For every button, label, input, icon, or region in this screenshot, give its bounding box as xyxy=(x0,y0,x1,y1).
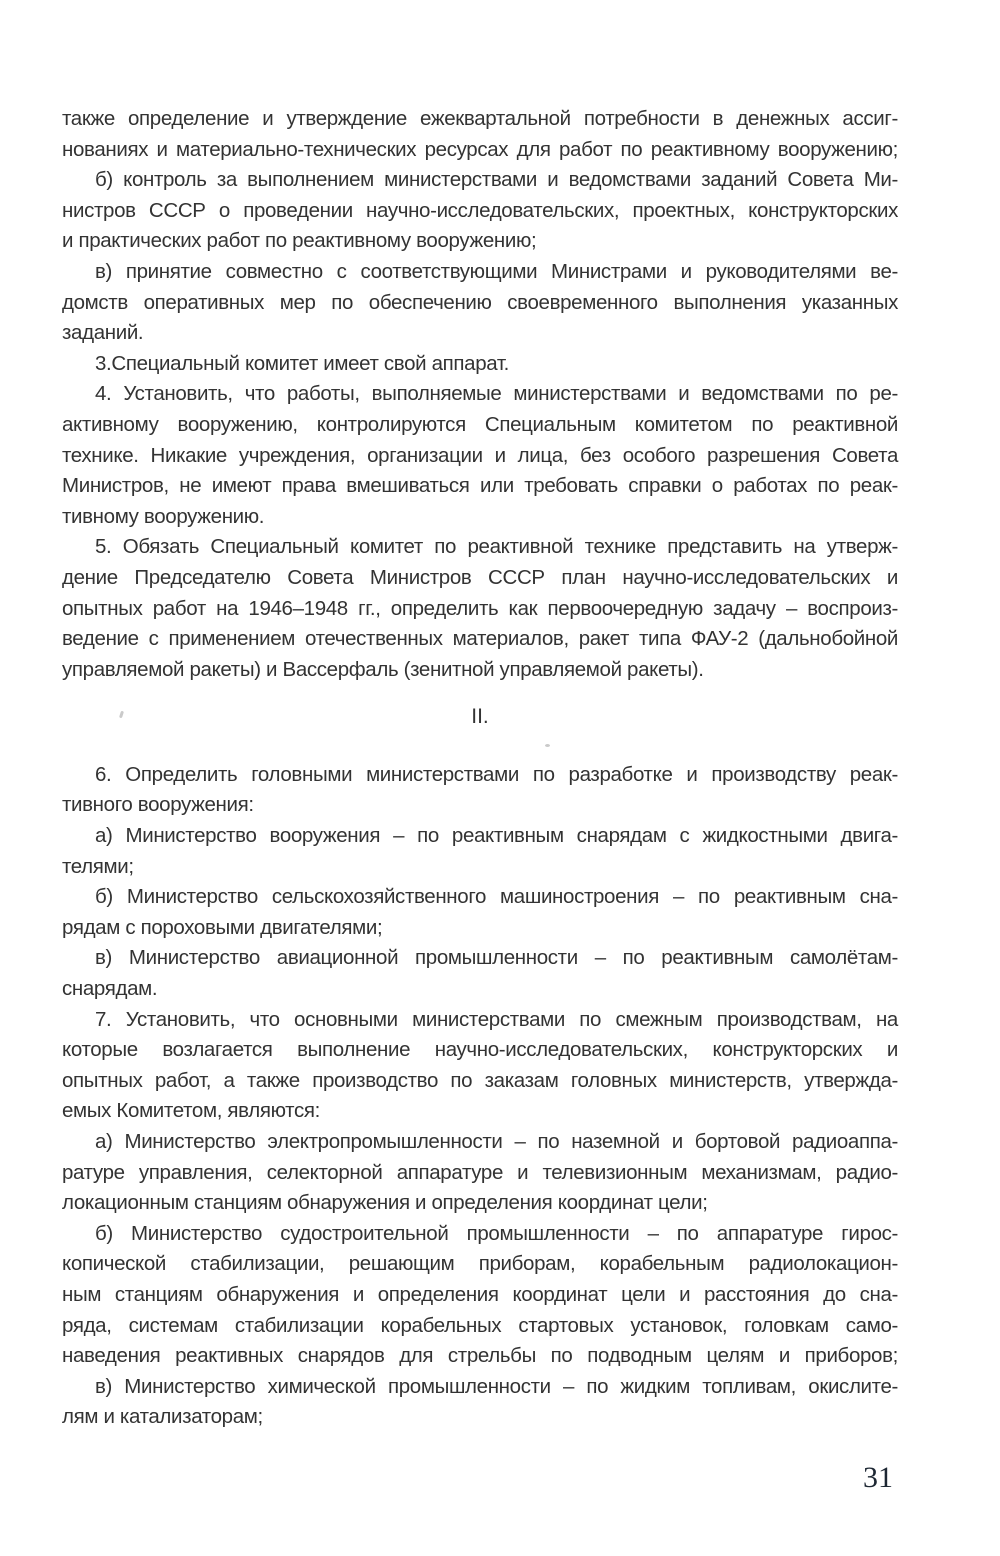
text-line: 3.Специальный комитет имеет свой аппарат… xyxy=(62,349,898,380)
text-line: лям и катализаторам; xyxy=(62,1402,898,1433)
text-line: домств оперативных мер по обеспечению св… xyxy=(62,288,898,319)
text-line: телями; xyxy=(62,852,898,883)
text-line: локационным станциям обнаружения и опред… xyxy=(62,1188,898,1219)
text-line: б) контроль за выполнением министерствам… xyxy=(62,165,898,196)
page-number: 31 xyxy=(863,1461,893,1495)
text-line: ратуре управления, селекторной аппаратур… xyxy=(62,1158,898,1189)
text-line: ведение с применением отечественных мате… xyxy=(62,624,898,655)
text-line: рядам с пороховыми двигателями; xyxy=(62,913,898,944)
section-heading: II. xyxy=(62,702,898,733)
text-line: нованиях и материально-технических ресур… xyxy=(62,135,898,166)
text-line: а) Министерство электропромышленности – … xyxy=(62,1127,898,1158)
text-line: 4. Установить, что работы, выполняемые м… xyxy=(62,379,898,410)
text-line: а) Министерство вооружения – по реактивн… xyxy=(62,821,898,852)
text-line: 6. Определить головными министерствами п… xyxy=(62,760,898,791)
text-line: которые возлагается выполнение научно-ис… xyxy=(62,1035,898,1066)
text-line: 7. Установить, что основными министерств… xyxy=(62,1005,898,1036)
text-line: Министров, не имеют права вмешиваться ил… xyxy=(62,471,898,502)
document-page: также определение и утверждение ежекварт… xyxy=(0,0,1000,1556)
text-block: также определение и утверждение ежекварт… xyxy=(62,104,898,1433)
text-line: и практических работ по реактивному воор… xyxy=(62,226,898,257)
text-line: тивному вооружению. xyxy=(62,502,898,533)
text-line: наведения реактивных снарядов для стрель… xyxy=(62,1341,898,1372)
text-line: тивного вооружения: xyxy=(62,790,898,821)
text-line: дение Председателю Совета Министров СССР… xyxy=(62,563,898,594)
text-line: активному вооружению, контролируются Спе… xyxy=(62,410,898,441)
text-line: опытных работ на 1946–1948 гг., определи… xyxy=(62,594,898,625)
text-line: копической стабилизации, решающим прибор… xyxy=(62,1249,898,1280)
scan-speck xyxy=(545,744,550,747)
text-line: б) Министерство судостроительной промышл… xyxy=(62,1219,898,1250)
text-line: ным станциям обнаружения и определения к… xyxy=(62,1280,898,1311)
text-line: заданий. xyxy=(62,318,898,349)
text-line: технике. Никакие учреждения, организации… xyxy=(62,441,898,472)
text-line: нистров СССР о проведении научно-исследо… xyxy=(62,196,898,227)
text-line: 5. Обязать Специальный комитет по реакти… xyxy=(62,532,898,563)
text-line: также определение и утверждение ежекварт… xyxy=(62,104,898,135)
text-line: опытных работ, а также производство по з… xyxy=(62,1066,898,1097)
text-line: управляемой ракеты) и Вассерфаль (зенитн… xyxy=(62,655,898,686)
text-line: ряда, системам стабилизации корабельных … xyxy=(62,1311,898,1342)
text-line: в) принятие совместно с соответствующими… xyxy=(62,257,898,288)
text-line: снарядам. xyxy=(62,974,898,1005)
text-line: емых Комитетом, являются: xyxy=(62,1096,898,1127)
text-line: б) Министерство сельскохозяйственного ма… xyxy=(62,882,898,913)
text-line: в) Министерство авиационной промышленнос… xyxy=(62,943,898,974)
text-line: в) Министерство химической промышленност… xyxy=(62,1372,898,1403)
